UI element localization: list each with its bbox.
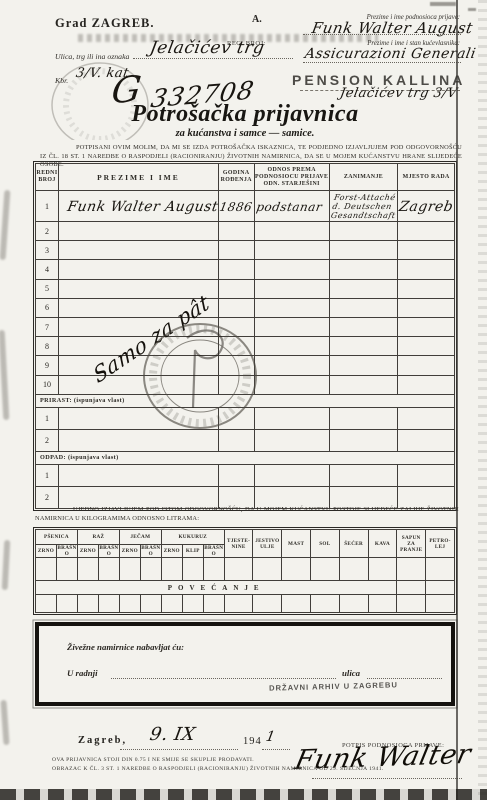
person-cell [398, 317, 455, 336]
prirast-cell [398, 429, 455, 451]
landlord-value: Assicurazioni Generali [304, 46, 478, 62]
year-printed: 194 [243, 736, 262, 747]
street-value: Jelačićev trg [148, 38, 266, 58]
sub-zrno: ZRNO [161, 545, 182, 558]
prirast-cell [254, 407, 329, 429]
prirast-row-2: 2 [36, 429, 455, 451]
person-cell [218, 241, 254, 260]
supply-cell [161, 558, 182, 581]
person-cell [329, 279, 398, 298]
person-year: 1886 [216, 191, 257, 222]
col-group-jecam: JEČAM [119, 530, 161, 545]
odpad-band: ODPAD: (ispunjava vlast) [36, 451, 455, 464]
margin-bleed-mark [0, 700, 9, 745]
person-occupation: Forst-Attaché d. Deutschen Gesandtschaft [326, 191, 400, 222]
supply-cell [368, 558, 397, 581]
person-cell [329, 298, 398, 317]
person-cell [398, 298, 455, 317]
person-cell [398, 222, 455, 241]
person-cell [329, 222, 398, 241]
col-header-prezime-ime: PREZIME I IME [59, 164, 219, 191]
prirast-cell [398, 407, 455, 429]
signature-line [312, 778, 462, 779]
supply-cell [182, 558, 203, 581]
section-letter: A. [252, 14, 262, 25]
sub-zrno: ZRNO [77, 545, 98, 558]
odpad-cell [329, 486, 398, 508]
row-number: 5 [36, 279, 59, 298]
person-cell [329, 356, 398, 375]
supply-cell [140, 558, 161, 581]
person-cell [398, 279, 455, 298]
person-relation: podstanar [251, 191, 331, 222]
person-cell [398, 375, 455, 394]
supply-cell [203, 595, 224, 613]
person-cell [254, 260, 329, 279]
scan-fold-line [456, 0, 458, 800]
supply-cell [282, 558, 311, 581]
prirast-cell [329, 407, 398, 429]
supply-cell [397, 558, 426, 581]
row-number: 6 [36, 298, 59, 317]
supply-cell [77, 595, 98, 613]
state-archive-stamp: DRŽAVNI ARHIV U ZAGREBU [269, 680, 398, 692]
person-cell [254, 375, 329, 394]
supplies-table: PŠENICA RAŽ JEČAM KUKURUZ TJESTE-NINE JE… [35, 529, 455, 613]
col-group-kukuruz: KUKURUZ [161, 530, 224, 545]
supply-cell [311, 558, 340, 581]
date-line [120, 749, 238, 750]
supply-cell [224, 595, 253, 613]
person-row-6: 6 [36, 298, 455, 317]
person-name: Funk Walter August [56, 191, 221, 222]
povecanje-label: POVEĆANJE [36, 581, 397, 595]
form-subtitle: za kućanstva i samce — samice. [80, 128, 410, 139]
purchase-line1: Živežne namirnice nabavljat ću: [67, 642, 184, 652]
sub-zrno: ZRNO [119, 545, 140, 558]
sub-brasno: BRAŠNO [140, 545, 161, 558]
row-number: 4 [36, 260, 59, 279]
scan-bottom-edge [0, 789, 487, 800]
person-cell [398, 260, 455, 279]
sub-klip: KLIP [182, 545, 203, 558]
person-cell [218, 260, 254, 279]
supply-cell [397, 595, 426, 613]
supply-cell [426, 581, 455, 595]
col-kava: KAVA [368, 530, 397, 558]
supply-cell [397, 581, 426, 595]
col-sapun: SAPUN ZA PRANJE [397, 530, 426, 558]
person-row-1: 1 Funk Walter August 1886 podstanar Fors… [36, 191, 455, 222]
row-number: 10 [36, 375, 59, 394]
row-number: 1 [36, 407, 59, 429]
form-title: Potrošačka prijavnica [80, 101, 410, 128]
prirast-cell [59, 429, 219, 451]
row-number: 2 [36, 486, 59, 508]
supply-cell [253, 595, 282, 613]
supplies-value-row-1 [36, 558, 455, 581]
supply-cell [426, 558, 455, 581]
row-number: 2 [36, 222, 59, 241]
sub-brasno: BRAŠNO [56, 545, 77, 558]
row-number: 1 [36, 464, 59, 486]
supply-cell [98, 595, 119, 613]
supply-cell [119, 558, 140, 581]
persons-header-row: REDNI BROJ PREZIME I IME GODINA ROĐENJA … [36, 164, 455, 191]
col-secer: ŠEĆER [339, 530, 368, 558]
corner-speck [468, 8, 476, 11]
person-cell [254, 356, 329, 375]
person-cell [218, 298, 254, 317]
supply-cell [77, 558, 98, 581]
povecanje-band: POVEĆANJE [36, 581, 455, 595]
person-cell [254, 241, 329, 260]
person-row-5: 5 [36, 279, 455, 298]
supply-cell [56, 558, 77, 581]
fine-print-1: OVA PRIJAVNICA STOJI DIN 0.75 I NE SMIJE… [52, 757, 254, 763]
supply-cell [36, 595, 57, 613]
col-tjestenine: TJESTE-NINE [224, 530, 253, 558]
col-header-odnos: ODNOS PREMA PODNOSIOCU PRIJAVE ODN. STAR… [254, 164, 329, 191]
supply-cell [224, 558, 253, 581]
margin-bleed-mark [0, 330, 9, 420]
fine-print-2: OBRAZAC K ČL. 3 ST. 1 NAREDBE O RASPODJE… [52, 766, 384, 772]
supply-cell [36, 558, 57, 581]
shop-line [111, 678, 336, 679]
col-group-raz: RAŽ [77, 530, 119, 545]
col-header-godina: GODINA ROĐENJA [218, 164, 254, 191]
scanned-ration-form: { "colors": {"paper": "#f3f2ed", "ink": … [0, 0, 487, 800]
supply-cell [161, 595, 182, 613]
supplies-group-header-row: PŠENICA RAŽ JEČAM KUKURUZ TJESTE-NINE JE… [36, 530, 455, 545]
person-cell [218, 222, 254, 241]
person-cell [329, 260, 398, 279]
odpad-cell [254, 486, 329, 508]
prirast-cell [329, 429, 398, 451]
prirast-cell [218, 429, 254, 451]
odpad-cell [218, 464, 254, 486]
person-cell [59, 241, 219, 260]
ulica-line [367, 678, 442, 679]
odpad-cell [329, 464, 398, 486]
person-cell [254, 279, 329, 298]
odpad-row-1: 1 [36, 464, 455, 486]
margin-bleed-mark [0, 190, 10, 260]
sub-zrno: ZRNO [36, 545, 57, 558]
person-cell [329, 241, 398, 260]
col-header-zanimanje: ZANIMANJE [329, 164, 398, 191]
person-cell [59, 222, 219, 241]
address-value: Jelačićev trg 3/V [339, 86, 459, 101]
scan-right-edge [478, 0, 487, 800]
applicant-name-line [303, 34, 461, 35]
row-number: 2 [36, 429, 59, 451]
odpad-cell [254, 464, 329, 486]
margin-bleed-mark [2, 540, 11, 590]
odpad-cell [398, 486, 455, 508]
date-handwritten: 9. IX [148, 724, 197, 745]
odpad-row-2: 2 [36, 486, 455, 508]
person-cell [329, 337, 398, 356]
person-cell [329, 375, 398, 394]
person-cell [398, 356, 455, 375]
supply-cell [253, 558, 282, 581]
person-cell [398, 241, 455, 260]
supply-cell [98, 558, 119, 581]
col-petrolej: PETRO-LEJ [426, 530, 455, 558]
person-workplace: Zagreb [395, 191, 457, 222]
purchase-declaration-box: Živežne namirnice nabavljat ću: U radnji… [35, 622, 455, 706]
supply-cell [368, 595, 397, 613]
odpad-cell [59, 464, 219, 486]
supply-cell [182, 595, 203, 613]
col-sol: SOL [311, 530, 340, 558]
person-cell [254, 222, 329, 241]
supply-cell [56, 595, 77, 613]
shop-label: U radnji [67, 668, 98, 678]
row-number: 1 [36, 191, 59, 222]
odpad-cell [218, 486, 254, 508]
supply-cell [311, 595, 340, 613]
supply-cell [203, 558, 224, 581]
person-row-3: 3 [36, 241, 455, 260]
handwritten-flourish [187, 330, 223, 408]
place-label: Zagreb, [78, 735, 127, 746]
person-cell [329, 317, 398, 336]
ulica-label: ulica [342, 668, 360, 678]
person-cell [398, 337, 455, 356]
year-handwritten: 1 [265, 729, 277, 745]
odpad-cell [59, 486, 219, 508]
row-number: 3 [36, 241, 59, 260]
supply-cell [339, 595, 368, 613]
col-jestivo-ulje: JESTIVO ULJE [253, 530, 282, 558]
person-cell [254, 298, 329, 317]
row-number: 8 [36, 337, 59, 356]
person-cell [254, 317, 329, 336]
col-group-psenica: PŠENICA [36, 530, 78, 545]
person-cell [218, 279, 254, 298]
corner-speck [430, 2, 456, 6]
supplies-intro-paragraph: UJEDNO IZJAVLJUJEM POD ISTOM ODGOVORNOŠĆ… [35, 506, 459, 523]
circular-office-stamp [137, 320, 263, 432]
supply-cell [119, 595, 140, 613]
col-mast: MAST [282, 530, 311, 558]
row-number: 7 [36, 317, 59, 336]
street-line [133, 58, 293, 59]
landlord-line [303, 62, 461, 63]
supply-cell [140, 595, 161, 613]
sub-brasno: BRAŠNO [203, 545, 224, 558]
supplies-value-row-2 [36, 595, 455, 613]
year-line [262, 749, 290, 750]
city-heading: Grad ZAGREB. [55, 16, 155, 31]
person-cell [59, 260, 219, 279]
odpad-cell [398, 464, 455, 486]
odpad-label: ODPAD: (ispunjava vlast) [36, 451, 455, 464]
row-number: 9 [36, 356, 59, 375]
col-header-mjesto-rada: MJESTO RADA [398, 164, 455, 191]
person-row-2: 2 [36, 222, 455, 241]
col-header-redni-broj: REDNI BROJ [36, 164, 59, 191]
supply-cell [426, 595, 455, 613]
supply-cell [282, 595, 311, 613]
prirast-cell [254, 429, 329, 451]
supply-cell [339, 558, 368, 581]
person-row-4: 4 [36, 260, 455, 279]
sub-brasno: BRAŠNO [98, 545, 119, 558]
person-cell [254, 337, 329, 356]
